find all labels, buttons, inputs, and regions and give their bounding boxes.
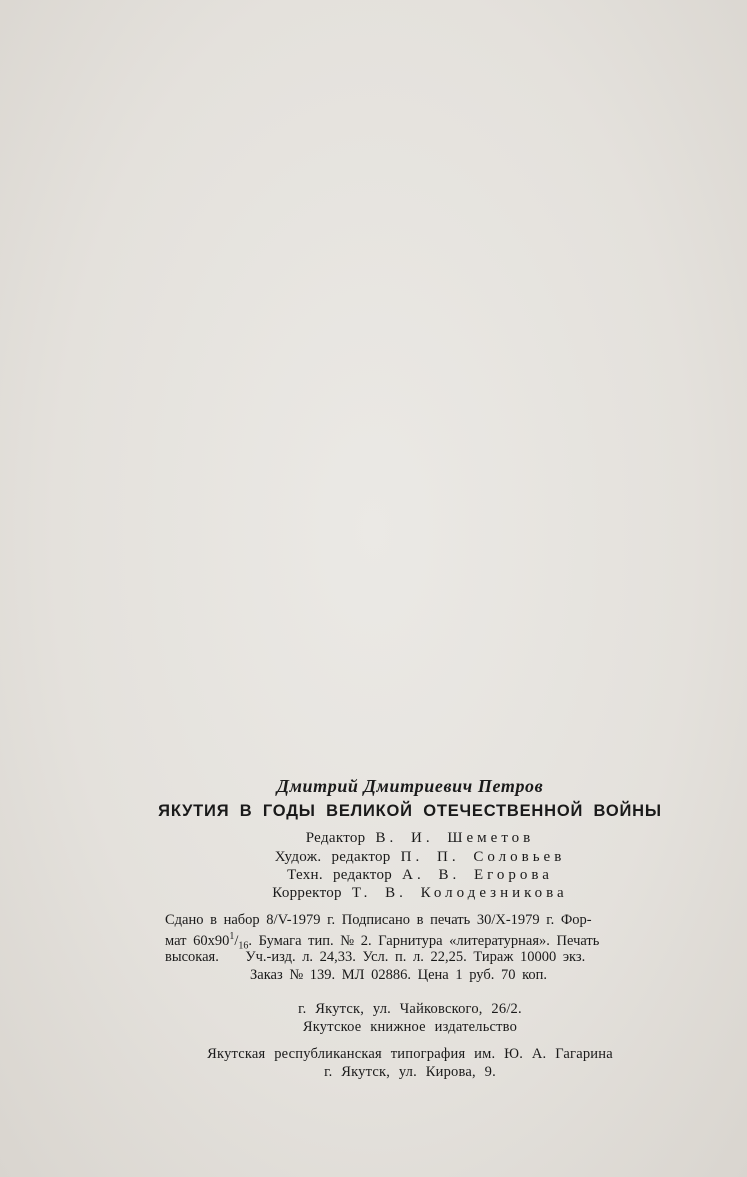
credit-proofreader: Корректор Т. В. Колодезникова (250, 885, 590, 902)
credit-art-editor: Худож. редактор П. П. Соловьев (250, 849, 590, 866)
credit-role: Корректор (272, 885, 342, 901)
imprint-paper: . Бумага тип. № 2. Гарнитура «литературн… (248, 933, 599, 949)
credit-name: В. И. Шеметов (376, 830, 535, 846)
printer-address: г. Якутск, ул. Кирова, 9. (180, 1064, 640, 1081)
credit-name: Т. В. Колодезникова (352, 885, 568, 901)
imprint-line-4: Заказ № 139. МЛ 02886. Цена 1 руб. 70 ко… (250, 967, 547, 984)
credit-role: Худож. редактор (275, 849, 391, 865)
credit-name: П. П. Соловьев (401, 849, 566, 865)
publisher-name: Якутское книжное издательство (180, 1019, 640, 1036)
credit-name: А. В. Егорова (402, 867, 553, 883)
credit-role: Техн. редактор (287, 867, 392, 883)
credit-editor: Редактор В. И. Шеметов (250, 830, 590, 847)
book-title: ЯКУТИЯ В ГОДЫ ВЕЛИКОЙ ОТЕЧЕСТВЕННОЙ ВОЙН… (140, 802, 680, 821)
author-name: Дмитрий Дмитриевич Петров (140, 776, 680, 797)
credit-tech-editor: Техн. редактор А. В. Егорова (250, 867, 590, 884)
book-page: Дмитрий Дмитриевич Петров ЯКУТИЯ В ГОДЫ … (0, 0, 747, 1177)
imprint-line-3: высокая. Уч.-изд. л. 24,33. Усл. п. л. 2… (165, 949, 585, 966)
imprint-format: мат 60х90 (165, 933, 229, 949)
imprint-line-1: Сдано в набор 8/V-1979 г. Подписано в пе… (165, 912, 592, 929)
printer-name: Якутская республиканская типография им. … (180, 1046, 640, 1063)
credit-role: Редактор (306, 830, 366, 846)
publisher-address: г. Якутск, ул. Чайковского, 26/2. (180, 1001, 640, 1018)
